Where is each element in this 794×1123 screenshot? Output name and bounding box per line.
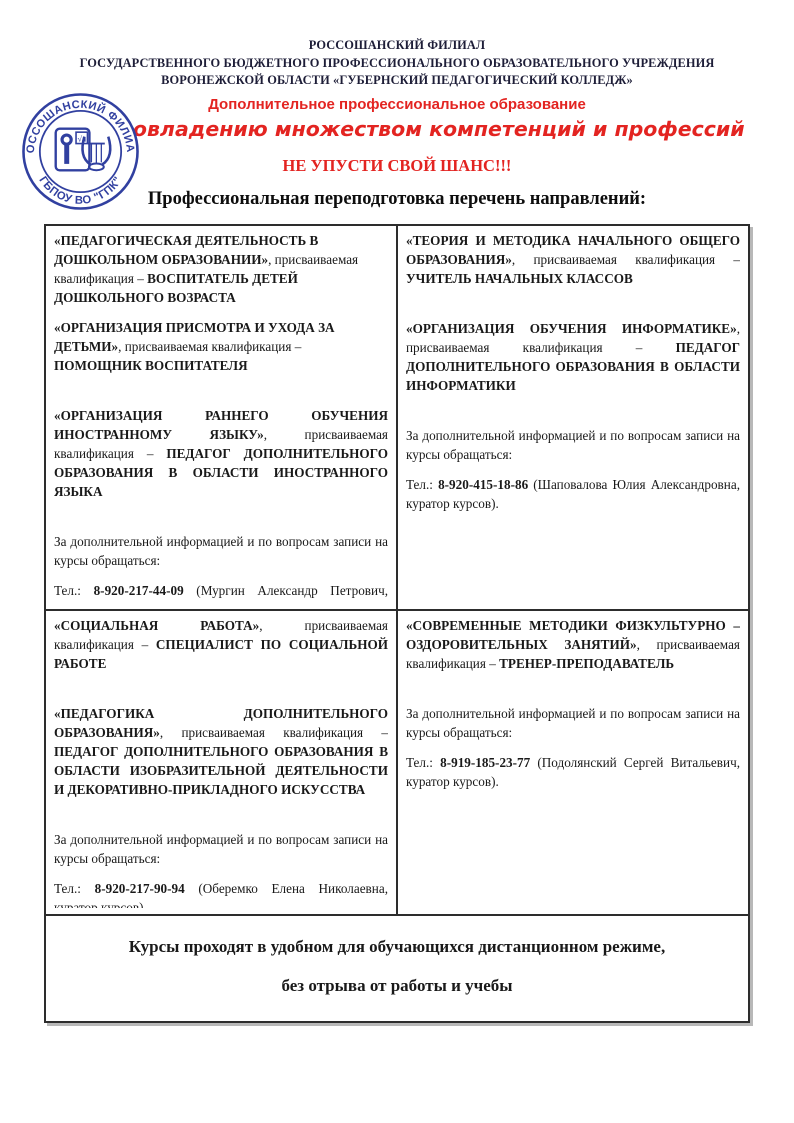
cell-paragraph: За дополнительной информацией и по вопро…	[54, 532, 388, 570]
course-cell-bottom-left: «СОЦИАЛЬНАЯ РАБОТА», присваиваемая квали…	[45, 610, 397, 915]
college-logo-emblem: РОССОШАНСКИЙ ФИЛИАЛ ГБПОУ ВО "ГПК" √a	[21, 92, 140, 211]
header-line-college: ВОРОНЕЖСКОЙ ОБЛАСТИ «ГУБЕРНСКИЙ ПЕДАГОГИ…	[0, 72, 794, 90]
cell-paragraph: Тел.: 8-920-415-18-86 (Шаповалова Юлия А…	[406, 475, 740, 513]
header-line-institution: ГОСУДАРСТВЕННОГО БЮДЖЕТНОГО ПРОФЕССИОНАЛ…	[0, 55, 794, 73]
cell-paragraph: Тел.: 8-919-185-23-77 (Подолянский Серге…	[406, 753, 740, 791]
college-logo: РОССОШАНСКИЙ ФИЛИАЛ ГБПОУ ВО "ГПК" √a	[21, 92, 140, 211]
table-row: «ПЕДАГОГИЧЕСКАЯ ДЕЯТЕЛЬНОСТЬ В ДОШКОЛЬНО…	[45, 225, 749, 610]
cell-paragraph: За дополнительной информацией и по вопро…	[406, 704, 740, 742]
cell-content: «ТЕОРИЯ И МЕТОДИКА НАЧАЛЬНОГО ОБЩЕГО ОБР…	[406, 231, 740, 603]
distance-learning-note-cell: Курсы проходят в удобном для обучающихся…	[45, 915, 749, 1022]
footer-note-line2: без отрыва от работы и учебы	[76, 975, 718, 997]
header-line-branch: РОССОШАНСКИЙ ФИЛИАЛ	[0, 37, 794, 55]
document-header: РОССОШАНСКИЙ ФИЛИАЛ ГОСУДАРСТВЕННОГО БЮД…	[0, 0, 794, 90]
cell-content: «СОВРЕМЕННЫЕ МЕТОДИКИ ФИЗКУЛЬТУРНО – ОЗД…	[406, 616, 740, 908]
cell-paragraph: «ПЕДАГОГИКА ДОПОЛНИТЕЛЬНОГО ОБРАЗОВАНИЯ»…	[54, 704, 388, 799]
course-cell-top-right: «ТЕОРИЯ И МЕТОДИКА НАЧАЛЬНОГО ОБЩЕГО ОБР…	[397, 225, 749, 610]
cell-paragraph: «ОРГАНИЗАЦИЯ РАННЕГО ОБУЧЕНИЯ ИНОСТРАННО…	[54, 406, 388, 501]
table-row: Курсы проходят в удобном для обучающихся…	[45, 915, 749, 1022]
document-page: РОССОШАНСКИЙ ФИЛИАЛ ГОСУДАРСТВЕННОГО БЮД…	[0, 0, 794, 1123]
cell-paragraph: «СОВРЕМЕННЫЕ МЕТОДИКИ ФИЗКУЛЬТУРНО – ОЗД…	[406, 616, 740, 673]
cell-paragraph: Тел.: 8-920-217-44-09 (Мургин Александр …	[54, 581, 388, 603]
cell-paragraph: «ПЕДАГОГИЧЕСКАЯ ДЕЯТЕЛЬНОСТЬ В ДОШКОЛЬНО…	[54, 231, 388, 307]
cell-paragraph: За дополнительной информацией и по вопро…	[406, 426, 740, 464]
cell-paragraph: «ТЕОРИЯ И МЕТОДИКА НАЧАЛЬНОГО ОБЩЕГО ОБР…	[406, 231, 740, 288]
cell-content: «ПЕДАГОГИЧЕСКАЯ ДЕЯТЕЛЬНОСТЬ В ДОШКОЛЬНО…	[54, 231, 388, 603]
course-cell-top-left: «ПЕДАГОГИЧЕСКАЯ ДЕЯТЕЛЬНОСТЬ В ДОШКОЛЬНО…	[45, 225, 397, 610]
footer-note-line1: Курсы проходят в удобном для обучающихся…	[76, 936, 718, 958]
cell-paragraph: «СОЦИАЛЬНАЯ РАБОТА», присваиваемая квали…	[54, 616, 388, 673]
cell-paragraph: «ОРГАНИЗАЦИЯ ПРИСМОТРА И УХОДА ЗА ДЕТЬМИ…	[54, 318, 388, 375]
cell-paragraph: «ОРГАНИЗАЦИЯ ОБУЧЕНИЯ ИНФОРМАТИКЕ», прис…	[406, 319, 740, 395]
cell-paragraph: Тел.: 8-920-217-90-94 (Оберемко Елена Ни…	[54, 879, 388, 908]
table-row: «СОЦИАЛЬНАЯ РАБОТА», присваиваемая квали…	[45, 610, 749, 915]
sqrt-icon: √a	[76, 132, 87, 143]
course-cell-bottom-right: «СОВРЕМЕННЫЕ МЕТОДИКИ ФИЗКУЛЬТУРНО – ОЗД…	[397, 610, 749, 915]
cell-paragraph: За дополнительной информацией и по вопро…	[54, 830, 388, 868]
cell-content: «СОЦИАЛЬНАЯ РАБОТА», присваиваемая квали…	[54, 616, 388, 908]
courses-table: «ПЕДАГОГИЧЕСКАЯ ДЕЯТЕЛЬНОСТЬ В ДОШКОЛЬНО…	[44, 224, 750, 1023]
